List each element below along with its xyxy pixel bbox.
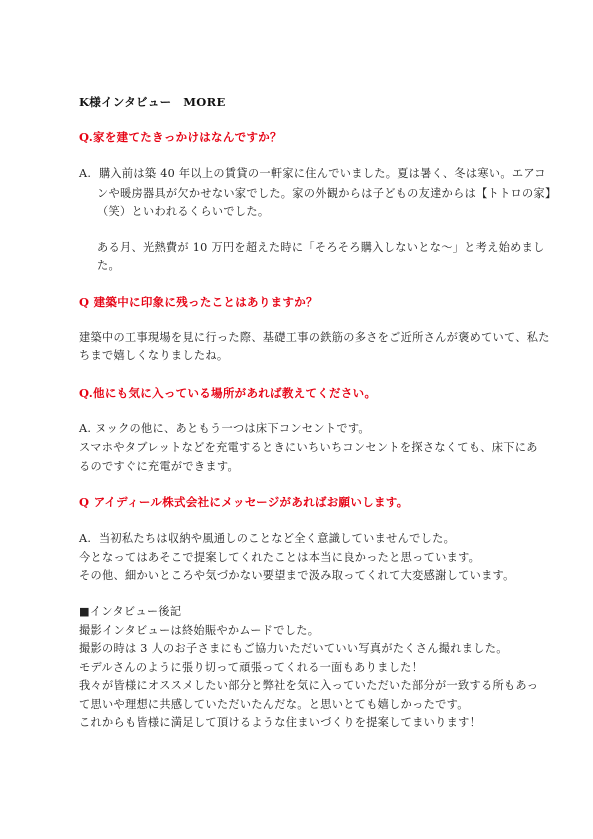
answer-4-line: その他、細かいところや気づかない要望まで汲み取ってくれて大変感謝しています。	[79, 569, 515, 583]
answer-4-line: 今となってはあそこで提案してくれたことは本当に良かったと思っています。	[79, 551, 480, 565]
question-3: Q.他にも気に入っている場所があれば教えてください。	[79, 386, 376, 400]
answer-3-line: A. ヌックの他に、あともう一つは床下コンセントです。	[79, 422, 370, 436]
answer-1-line: た。	[97, 259, 120, 273]
document-title: K様インタビュー MORE	[79, 95, 226, 109]
document-page: K様インタビュー MORE Q.家を建てたきっかけはなんですか？ A. 購入前は…	[0, 0, 593, 839]
answer-3-line: スマホやタブレットなどを充電するときにいちいちコンセントを探さなくても、床下にあ	[79, 441, 538, 455]
answer-2-line: 建築中の工事現場を見に行った際、基礎工事の鉄筋の多さをご近所さんが褒めていて、私…	[79, 331, 550, 345]
afterword-line: これからも皆様に満足して頂けるような住まいづくりを提案してまいります！	[79, 716, 481, 730]
answer-1-line: （笑）といわれるくらいでした。	[97, 205, 269, 219]
afterword-line: モデルさんのように張り切って頑張ってくれる一面もありました！	[79, 661, 423, 675]
afterword-heading: ■インタビュー後記	[79, 605, 181, 619]
afterword-line: 我々が皆様にオススメしたい部分と弊社を気に入っていただいた部分が一致する所もあっ	[79, 679, 538, 693]
question-4: Q アイディール株式会社にメッセージがあればお願いします。	[79, 495, 408, 509]
answer-2-line: ちまで嬉しくなりましたね。	[79, 349, 228, 363]
question-2: Q 建築中に印象に残ったことはありますか？	[79, 295, 318, 309]
afterword-line: 撮影の時は 3 人のお子さまにもご協力いただいていい写真がたくさん撮れました。	[79, 642, 508, 656]
afterword-line: て思いや理想に共感していただいたんだな。と思いとても嬉しかったです。	[79, 698, 469, 712]
answer-1-line: A. 購入前は築 40 年以上の賃貸の一軒家に住んでいました。夏は暑く、冬は寒い…	[79, 167, 546, 181]
afterword-line: 撮影インタビューは終始賑やかムードでした。	[79, 624, 319, 638]
answer-1-line: ンや暖房器具が欠かせない家でした。家の外観からは子どもの友達からは【トトロの家】	[97, 187, 557, 201]
answer-4-line: A. 当初私たちは収納や風通しのことなど全く意識していませんでした。	[79, 532, 455, 546]
answer-3-line: るのですぐに充電ができます。	[79, 460, 239, 474]
answer-1-line: ある月、光熱費が 10 万円を超えた時に「そろそろ購入しないとな～」と考え始めま…	[97, 241, 545, 255]
question-1: Q.家を建てたきっかけはなんですか？	[79, 130, 282, 144]
